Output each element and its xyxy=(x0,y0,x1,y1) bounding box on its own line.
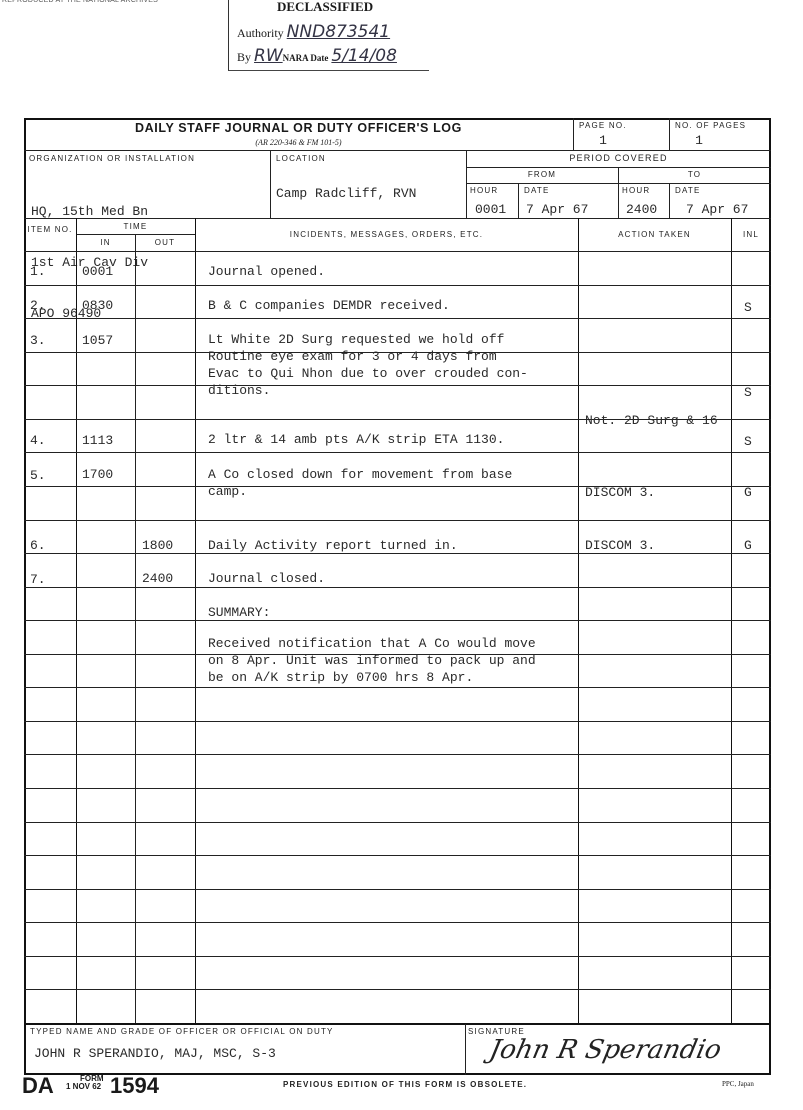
inl-initial: S xyxy=(744,300,752,315)
incident-text: Lt White 2D Surg requested we hold off xyxy=(208,332,504,347)
action-taken-header: ACTION TAKEN xyxy=(578,230,731,239)
incident-text: 2 ltr & 14 amb pts A/K strip ETA 1130. xyxy=(208,432,504,447)
time-out-header: OUT xyxy=(135,238,195,247)
incident-text: ditions. xyxy=(208,383,270,398)
to-label: TO xyxy=(618,170,771,179)
stamp-authority: Authority NND873541 xyxy=(237,22,390,42)
row-line xyxy=(24,822,771,823)
row-line xyxy=(24,788,771,789)
item-no-header: ITEM NO. xyxy=(24,224,76,235)
form-title: DAILY STAFF JOURNAL OR DUTY OFFICER'S LO… xyxy=(24,121,573,135)
officer-name: JOHN R SPERANDIO, MAJ, MSC, S-3 xyxy=(34,1046,276,1061)
time-in: 1113 xyxy=(82,433,113,448)
incident-text: Journal opened. xyxy=(208,264,325,279)
row-line xyxy=(24,553,771,554)
officer-label: TYPED NAME AND GRADE OF OFFICER OR OFFIC… xyxy=(30,1027,334,1036)
form-date: 1 NOV 62 xyxy=(66,1083,104,1091)
summary-text: be on A/K strip by 0700 hrs 8 Apr. xyxy=(208,670,473,685)
row-line xyxy=(24,318,771,319)
item-no: 4. xyxy=(30,433,46,448)
form-number: 1594 xyxy=(110,1073,159,1099)
row-line xyxy=(24,520,771,521)
page-no-label: PAGE NO. xyxy=(579,121,627,130)
time-in: 1700 xyxy=(82,467,113,482)
organization-value: HQ, 15th Med Bn 1st Air Cav Div APO 9649… xyxy=(31,169,148,339)
row-line xyxy=(24,721,771,722)
to-hour-value: 2400 xyxy=(626,202,657,217)
to-date-value: 7 Apr 67 xyxy=(686,202,748,217)
printer-note: PPC, Japan xyxy=(722,1080,754,1088)
organization-label: ORGANIZATION OR INSTALLATION xyxy=(29,154,195,163)
authority-value: NND873541 xyxy=(287,22,390,42)
item-no: 6. xyxy=(30,538,46,553)
row-line xyxy=(24,889,771,890)
by-initials: RW xyxy=(254,46,283,66)
action-taken: DISCOM 3. xyxy=(585,485,655,500)
page-no-value: 1 xyxy=(573,133,633,148)
row-line xyxy=(24,587,771,588)
row-line xyxy=(24,285,771,286)
inl-initial: G xyxy=(744,538,752,553)
row-line xyxy=(24,452,771,453)
action-taken: DISCOM 3. xyxy=(585,538,655,553)
time-in: 0830 xyxy=(82,298,113,313)
incidents-header: INCIDENTS, MESSAGES, ORDERS, ETC. xyxy=(195,230,578,239)
form-edition: FORM 1 NOV 62 xyxy=(66,1075,104,1091)
row-line xyxy=(24,251,771,252)
signature: John R Sperandio xyxy=(487,1035,724,1065)
row-line xyxy=(24,754,771,755)
item-no: 3. xyxy=(30,333,46,348)
incident-text: B & C companies DEMDR received. xyxy=(208,298,450,313)
item-no: 1. xyxy=(30,264,46,279)
from-date-value: 7 Apr 67 xyxy=(526,202,588,217)
incident-text: Journal closed. xyxy=(208,571,325,586)
row-line xyxy=(24,620,771,621)
period-covered-label: PERIOD COVERED xyxy=(466,153,771,163)
location-value: Camp Radcliff, RVN xyxy=(276,186,416,201)
summary-heading: SUMMARY: xyxy=(208,605,270,620)
incident-text: Daily Activity report turned in. xyxy=(208,538,458,553)
row-line xyxy=(24,486,771,487)
inl-initial: G xyxy=(744,485,752,500)
from-date-label: DATE xyxy=(524,186,550,195)
to-date-label: DATE xyxy=(675,186,701,195)
incident-text: Evac to Qui Nhon due to over crouded con… xyxy=(208,366,528,381)
declassified-stamp: DECLASSIFIED Authority NND873541 By RWNA… xyxy=(228,0,429,71)
summary-text: on 8 Apr. Unit was informed to pack up a… xyxy=(208,653,536,668)
row-line xyxy=(24,855,771,856)
form-subtitle: (AR 220-346 & FM 101-5) xyxy=(24,138,573,147)
form-da-label: DA xyxy=(22,1073,54,1099)
time-in-header: IN xyxy=(76,238,135,247)
incident-text: camp. xyxy=(208,484,247,499)
summary-text: Received notification that A Co would mo… xyxy=(208,636,536,651)
from-hour-label: HOUR xyxy=(470,186,498,195)
time-out: 1800 xyxy=(142,538,173,553)
obsolete-note: PREVIOUS EDITION OF THIS FORM IS OBSOLET… xyxy=(283,1080,527,1089)
item-no: 5. xyxy=(30,468,46,483)
row-line xyxy=(24,922,771,923)
no-of-pages-value: 1 xyxy=(669,133,729,148)
authority-label: Authority xyxy=(237,26,284,40)
stamp-heading: DECLASSIFIED xyxy=(277,0,373,15)
action-taken: Not. 2D Surg & 16 xyxy=(585,413,718,428)
row-line xyxy=(24,956,771,957)
row-line xyxy=(24,385,771,386)
from-hour-value: 0001 xyxy=(475,202,506,217)
incident-text: A Co closed down for movement from base xyxy=(208,467,512,482)
time-header: TIME xyxy=(76,222,195,231)
to-hour-label: HOUR xyxy=(622,186,650,195)
location-label: LOCATION xyxy=(276,154,326,163)
stamp-date: 5/14/08 xyxy=(331,46,397,66)
inl-initial: S xyxy=(744,385,752,400)
time-in: 0001 xyxy=(82,264,113,279)
by-label: By xyxy=(237,50,251,64)
archive-note: REPRODUCED AT THE NATIONAL ARCHIVES xyxy=(2,0,158,4)
no-of-pages-label: NO. OF PAGES xyxy=(675,121,746,130)
time-out: 2400 xyxy=(142,571,173,586)
item-no: 7. xyxy=(30,572,46,587)
stamp-by: By RWNARA Date 5/14/08 xyxy=(237,46,397,66)
row-line xyxy=(24,989,771,990)
item-no: 2. xyxy=(30,298,46,313)
time-in: 1057 xyxy=(82,333,113,348)
row-line xyxy=(24,687,771,688)
incident-text: Routine eye exam for 3 or 4 days from xyxy=(208,349,497,364)
nara-label: NARA Date xyxy=(283,53,329,63)
inl-header: INL xyxy=(731,230,771,239)
from-label: FROM xyxy=(466,170,618,179)
inl-initial: S xyxy=(744,434,752,449)
